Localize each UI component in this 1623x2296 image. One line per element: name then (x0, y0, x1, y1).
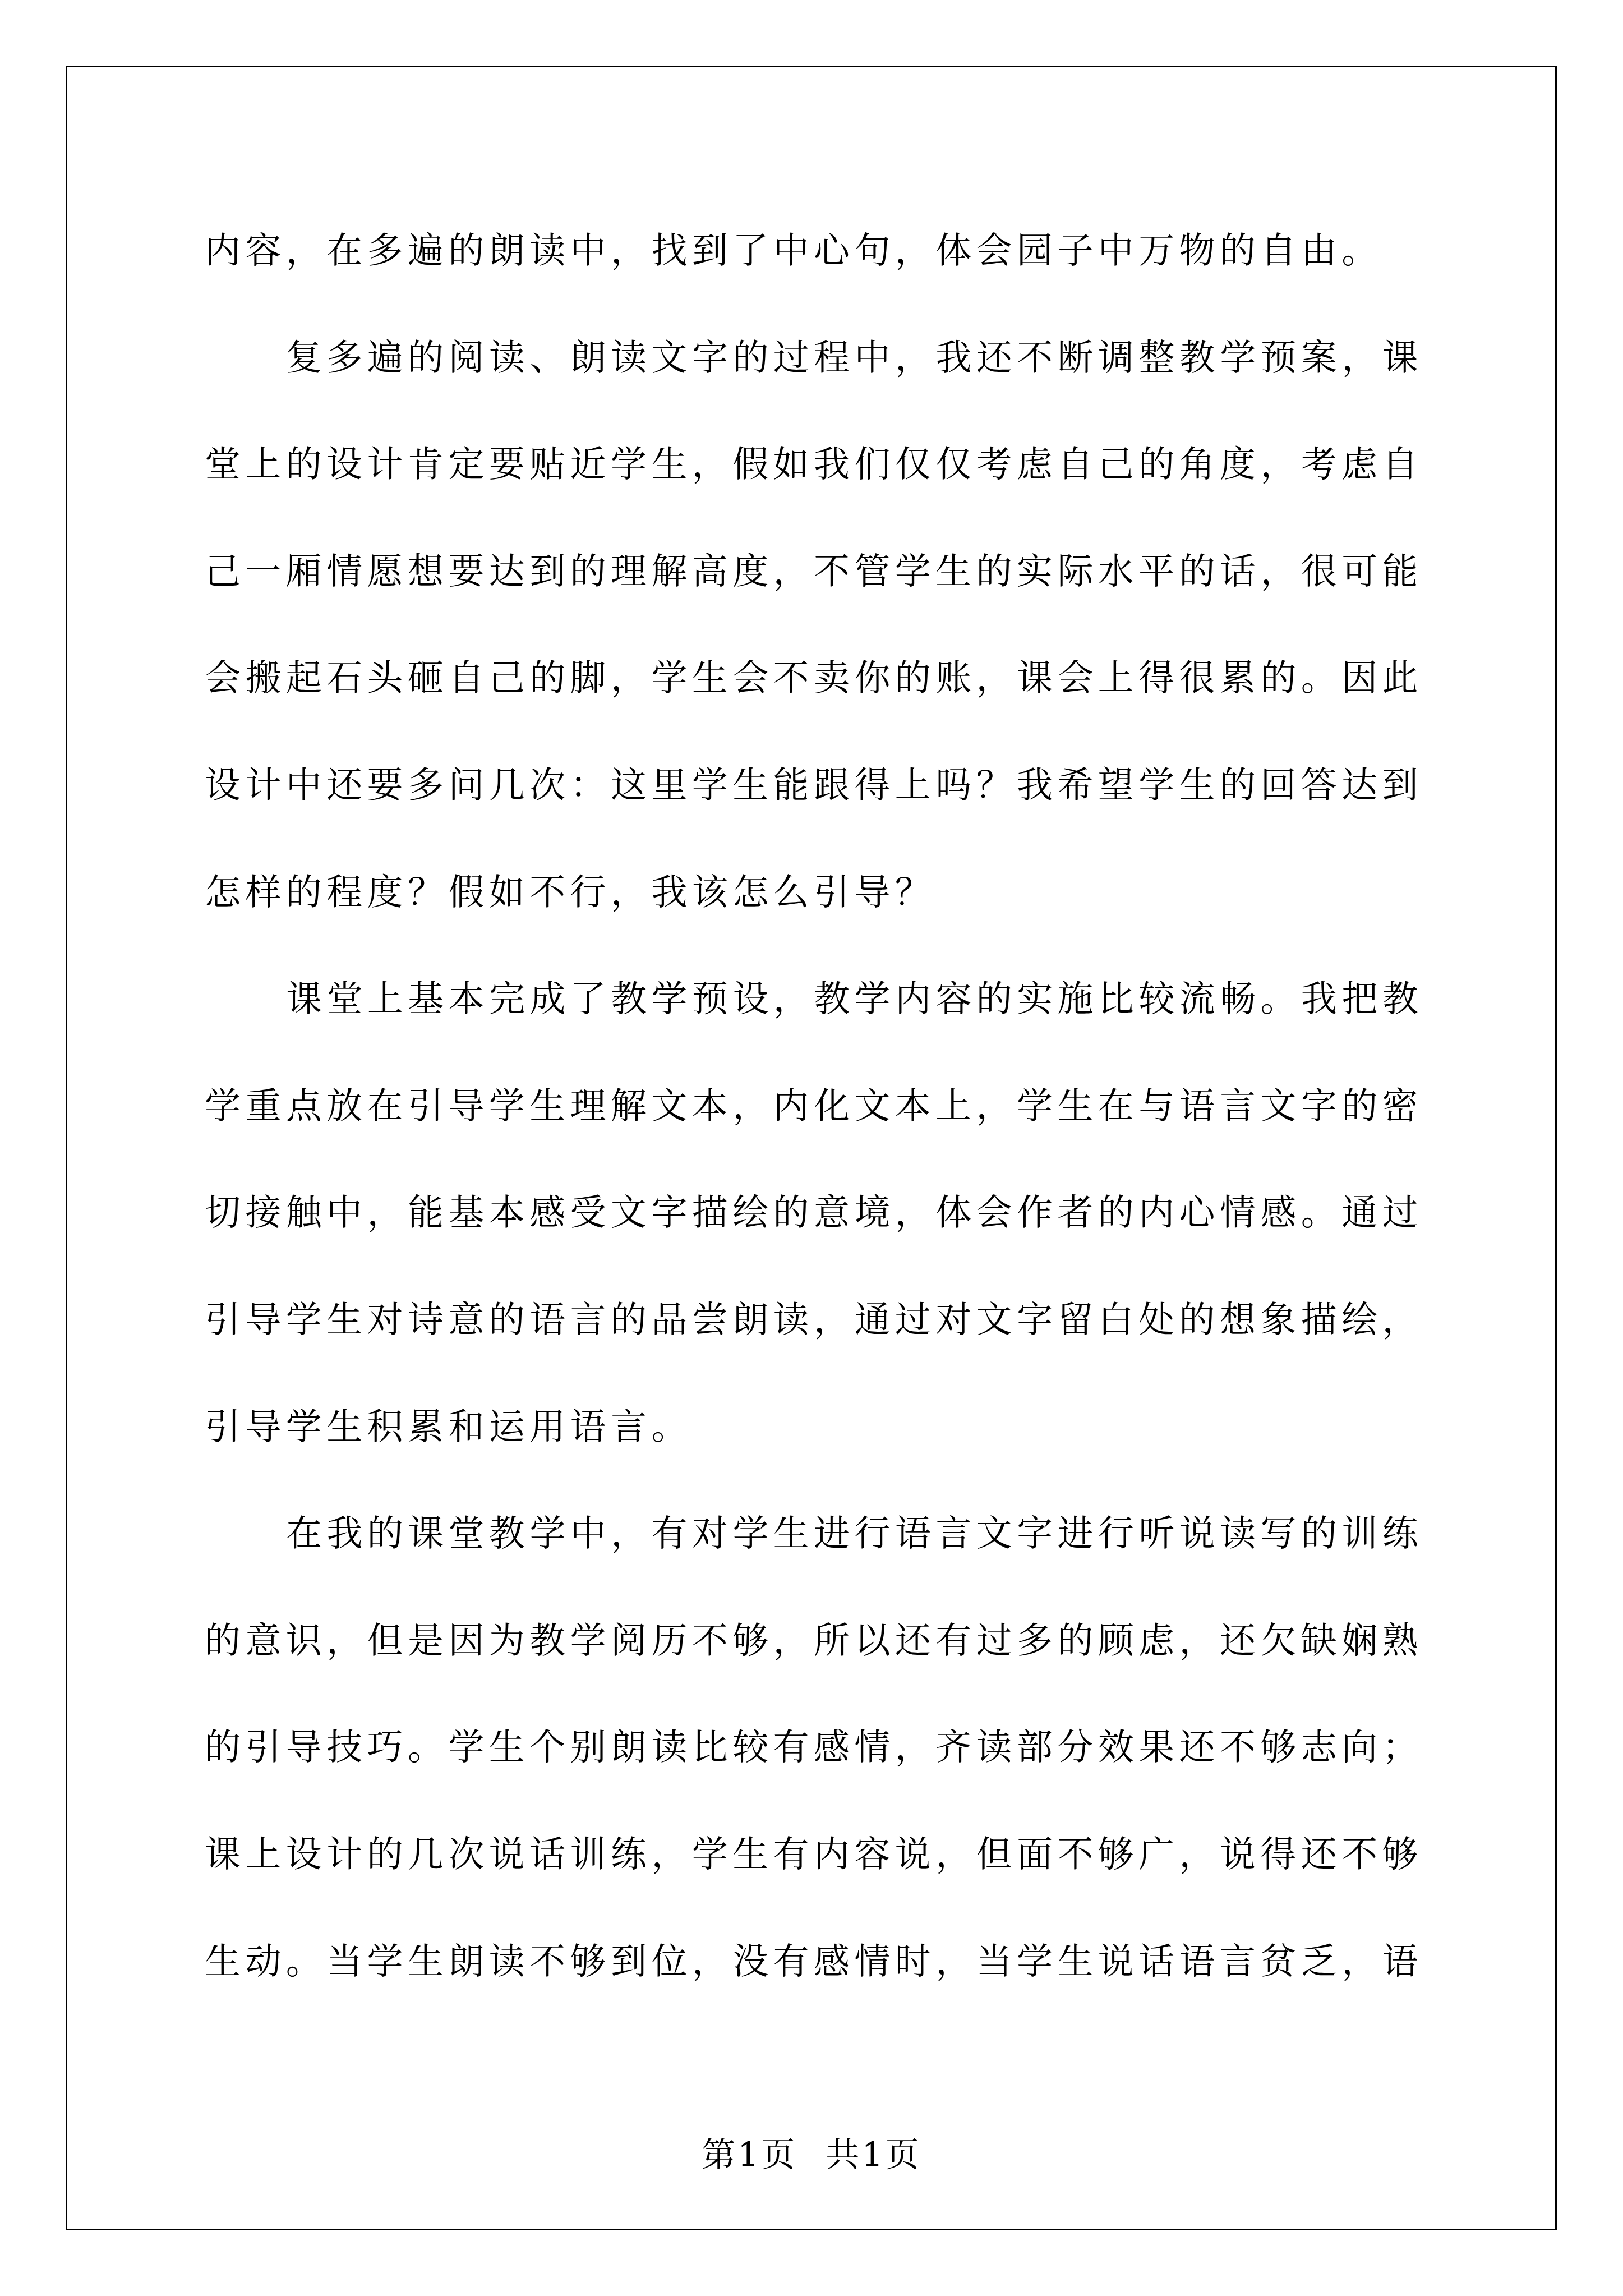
text-line: 的意识，但是因为教学阅历不够，所以还有过多的顾虑，还欠缺娴熟 (205, 1588, 1461, 1695)
text-line: 复多遍的阅读、朗读文字的过程中，我还不断调整教学预案，课 (205, 305, 1461, 412)
text-line: 学重点放在引导学生理解文本，内化文本上，学生在与语言文字的密 (205, 1053, 1461, 1160)
text-line: 引导学生对诗意的语言的品尝朗读，通过对文字留白处的想象描绘， (205, 1267, 1461, 1374)
text-line: 课上设计的几次说话训练，学生有内容说，但面不够广，说得还不够 (205, 1801, 1461, 1908)
text-line: 堂上的设计肯定要贴近学生，假如我们仅仅考虑自己的角度，考虑自 (205, 411, 1461, 518)
text-line: 怎样的程度？假如不行，我该怎么引导？ (205, 839, 1461, 946)
text-line: 的引导技巧。学生个别朗读比较有感情，齐读部分效果还不够志向； (205, 1694, 1461, 1801)
text-line: 在我的课堂教学中，有对学生进行语言文字进行听说读写的训练 (205, 1480, 1461, 1588)
document-page: 内容，在多遍的朗读中，找到了中心句，体会园子中万物的自由。 复多遍的阅读、朗读文… (0, 0, 1623, 2296)
text-line: 切接触中，能基本感受文字描绘的意境，体会作者的内心情感。通过 (205, 1159, 1461, 1267)
text-line: 内容，在多遍的朗读中，找到了中心句，体会园子中万物的自由。 (205, 197, 1461, 305)
text-line: 会搬起石头砸自己的脚，学生会不卖你的账，课会上得很累的。因此 (205, 625, 1461, 732)
text-line: 引导学生积累和运用语言。 (205, 1374, 1461, 1481)
text-line: 设计中还要多问几次：这里学生能跟得上吗？我希望学生的回答达到 (205, 732, 1461, 839)
document-body: 内容，在多遍的朗读中，找到了中心句，体会园子中万物的自由。 复多遍的阅读、朗读文… (205, 197, 1461, 2015)
page-footer: 第1页 共1页 (0, 2135, 1623, 2175)
text-line: 生动。当学生朗读不够到位，没有感情时，当学生说话语言贫乏，语 (205, 1908, 1461, 2016)
text-line: 课堂上基本完成了教学预设，教学内容的实施比较流畅。我把教 (205, 946, 1461, 1053)
text-line: 己一厢情愿想要达到的理解高度，不管学生的实际水平的话，很可能 (205, 518, 1461, 625)
